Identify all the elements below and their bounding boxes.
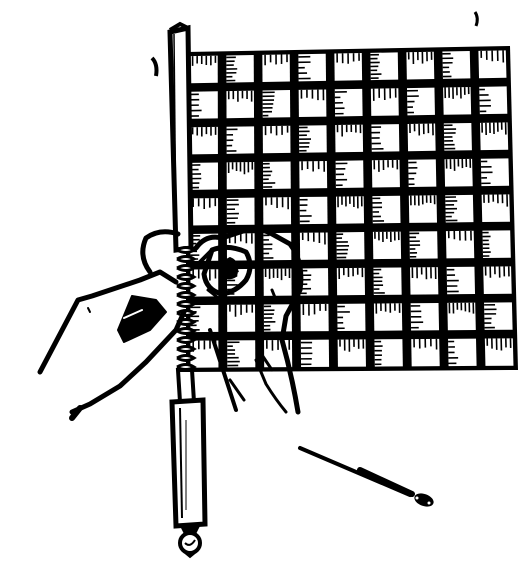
illustration <box>0 0 532 563</box>
checkered-flag <box>186 46 518 372</box>
flag-pole <box>170 24 191 250</box>
pole-knob <box>180 526 200 557</box>
left-hand <box>40 232 184 418</box>
pole-handle <box>172 370 205 526</box>
loose-stick <box>300 448 435 509</box>
